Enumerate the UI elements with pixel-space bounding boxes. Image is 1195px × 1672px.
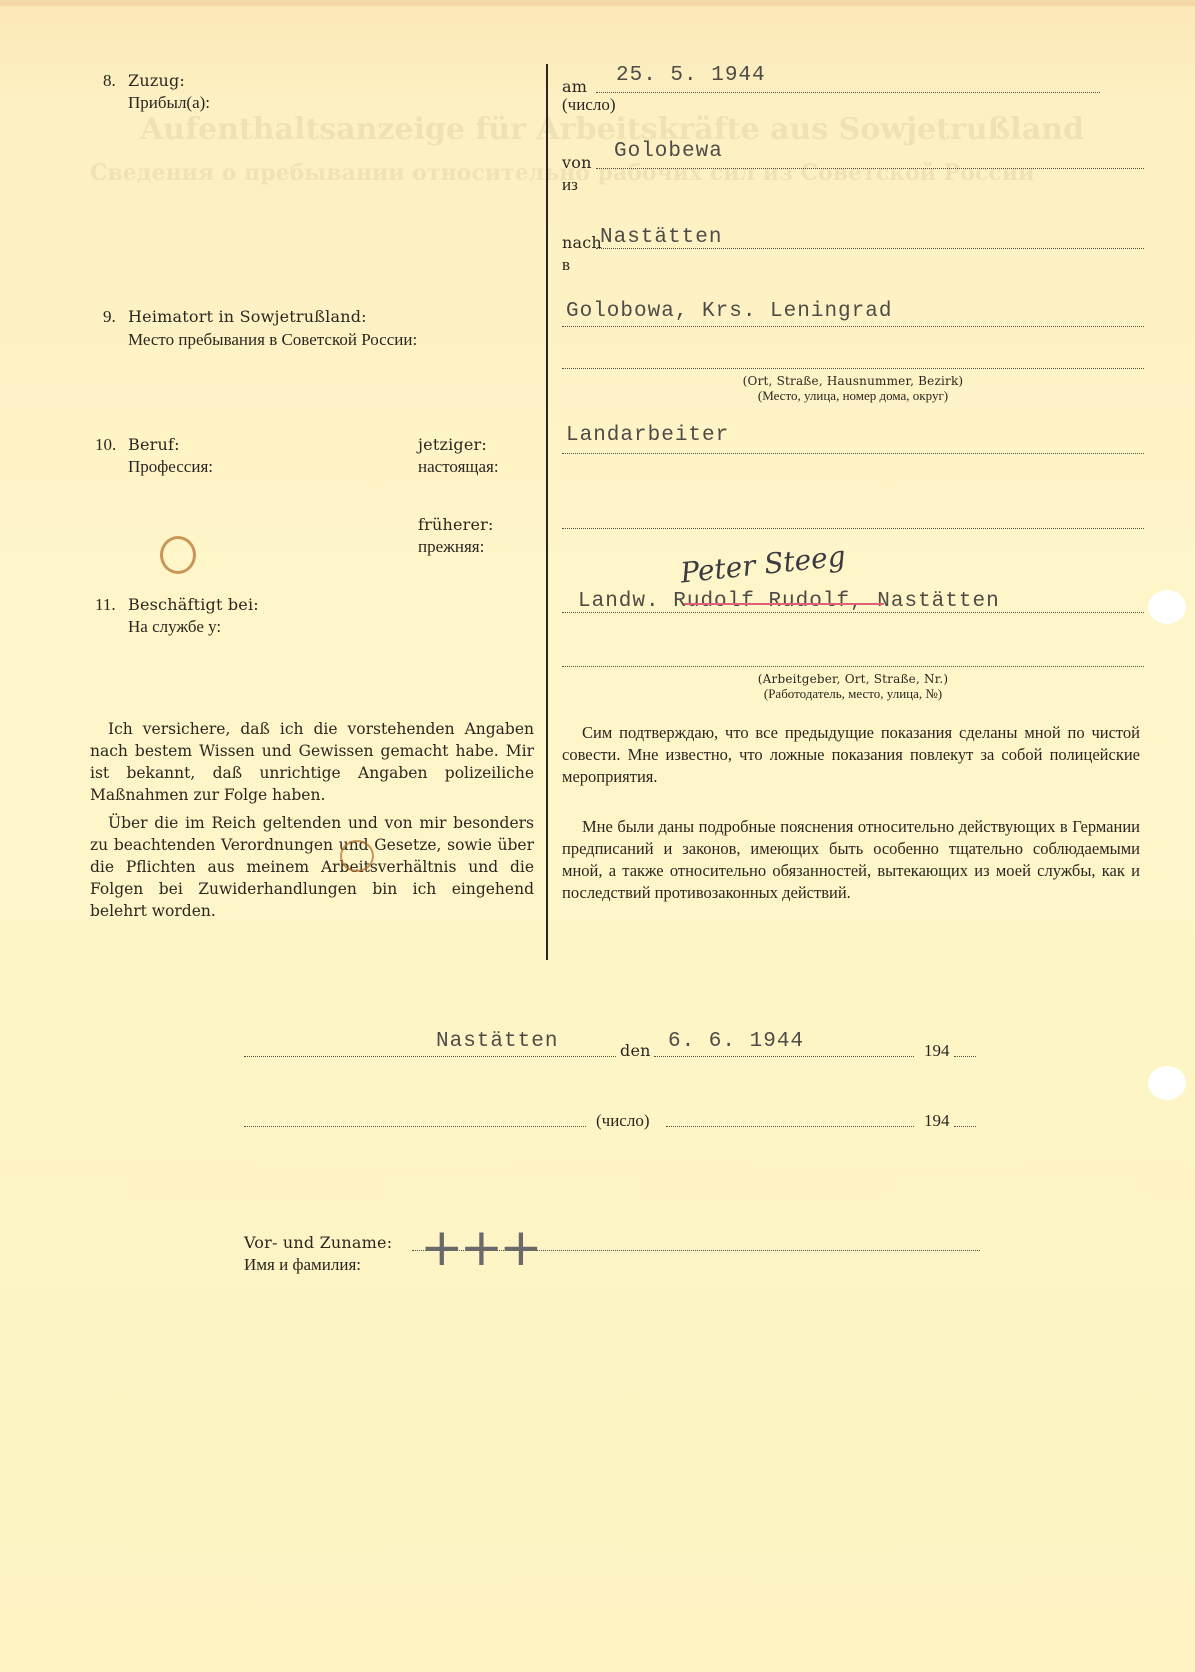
employer-caption-de: (Arbeitgeber, Ort, Straße, Nr.)	[562, 672, 1144, 687]
field-8-label-de: Zuzug:	[128, 70, 185, 92]
arrival-date-caption: (число)	[562, 94, 616, 116]
field-10-number: 10.	[95, 434, 116, 456]
second-date-caption: (число)	[596, 1110, 650, 1132]
to-value[interactable]: Nastätten	[600, 226, 722, 249]
coffee-stain-ring-small	[340, 840, 374, 872]
hometown-caption-ru: (Место, улица, номер дома, округ)	[562, 388, 1144, 403]
former-profession-label-de: früherer:	[418, 514, 494, 536]
second-year-suffix: 194	[924, 1110, 950, 1132]
hometown-line-1	[562, 326, 1144, 327]
hometown-caption-de: (Ort, Straße, Hausnummer, Bezirk)	[562, 374, 1144, 389]
signing-date-line	[654, 1056, 914, 1057]
employer-caption-ru: (Работодатель, место, улица, №)	[562, 686, 1144, 701]
to-prefix-ru: в	[562, 254, 570, 276]
declaration-ru-para1: Сим подтверждаю, что все предыдущие пока…	[562, 722, 1140, 788]
current-profession-label-de: jetziger:	[418, 434, 487, 456]
employer-struck-name: Rudolf Rudolf	[673, 590, 850, 613]
employer-line-1	[562, 612, 1144, 613]
former-profession-line	[562, 528, 1144, 529]
hometown-line-2	[562, 368, 1144, 369]
red-strikethrough	[684, 603, 884, 605]
declaration-de-para1: Ich versichere, daß ich die vorstehenden…	[90, 718, 534, 806]
paper-top-edge	[0, 0, 1195, 6]
from-value[interactable]: Golobewa	[614, 140, 723, 163]
signing-place-line	[244, 1056, 616, 1057]
field-8-number: 8.	[103, 70, 116, 92]
declaration-de-para2: Über die im Reich geltenden und von mir …	[90, 812, 534, 922]
field-11-label-ru: На службе у:	[128, 616, 221, 638]
from-prefix-ru: из	[562, 174, 578, 196]
field-11-number: 11.	[95, 594, 116, 616]
employer-line-2	[562, 666, 1144, 667]
ghost-title-de: Aufenthaltsanzeige für Arbeitskräfte aus…	[140, 112, 1084, 147]
second-date-line-left	[244, 1126, 586, 1127]
field-9-label-ru: Место пребывания в Советской России:	[128, 329, 417, 351]
signing-place-value[interactable]: Nastätten	[436, 1030, 558, 1053]
employer-value[interactable]: Landw. Rudolf Rudolf, Nastätten	[578, 590, 1000, 613]
name-label-de: Vor- und Zuname:	[244, 1232, 392, 1254]
field-9-label-de: Heimatort in Sowjetrußland:	[128, 306, 367, 328]
current-profession-value[interactable]: Landarbeiter	[566, 424, 729, 447]
second-year-line	[954, 1126, 976, 1127]
declaration-ru-para2: Мне были даны подробные пояснения относи…	[562, 816, 1140, 904]
former-profession-label-ru: прежняя:	[418, 536, 484, 558]
hometown-value[interactable]: Golobowa, Krs. Leningrad	[566, 300, 892, 323]
coffee-stain-ring	[160, 536, 196, 574]
from-line	[596, 168, 1144, 169]
employer-prefix: Landw.	[578, 590, 660, 613]
arrival-date-line	[596, 92, 1100, 93]
second-date-line-right	[666, 1126, 914, 1127]
employer-suffix: , Nastätten	[850, 590, 1000, 613]
signing-year-line	[954, 1056, 976, 1057]
column-divider	[546, 64, 548, 960]
arrival-date-value[interactable]: 25. 5. 1944	[616, 64, 766, 87]
signing-year-suffix: 194	[924, 1040, 950, 1062]
name-label-ru: Имя и фамилия:	[244, 1254, 361, 1276]
current-profession-label-ru: настоящая:	[418, 456, 499, 478]
signing-date-value[interactable]: 6. 6. 1944	[668, 1030, 804, 1053]
cross-mark-signature: +++	[420, 1218, 539, 1278]
field-10-label-de: Beruf:	[128, 434, 180, 456]
handwritten-employer-correction: Peter Steeg	[679, 539, 847, 589]
to-prefix-de: nach	[562, 232, 602, 254]
to-line	[596, 248, 1144, 249]
punch-hole-top	[1148, 590, 1186, 624]
from-prefix-de: von	[562, 152, 592, 174]
field-11-label-de: Beschäftigt bei:	[128, 594, 259, 616]
punch-hole-bottom	[1148, 1066, 1186, 1100]
current-profession-line	[562, 453, 1144, 454]
field-10-label-ru: Профессия:	[128, 456, 213, 478]
den-label: den	[620, 1040, 651, 1062]
field-9-number: 9.	[103, 306, 116, 328]
field-8-label-ru: Прибыл(а):	[128, 92, 210, 114]
